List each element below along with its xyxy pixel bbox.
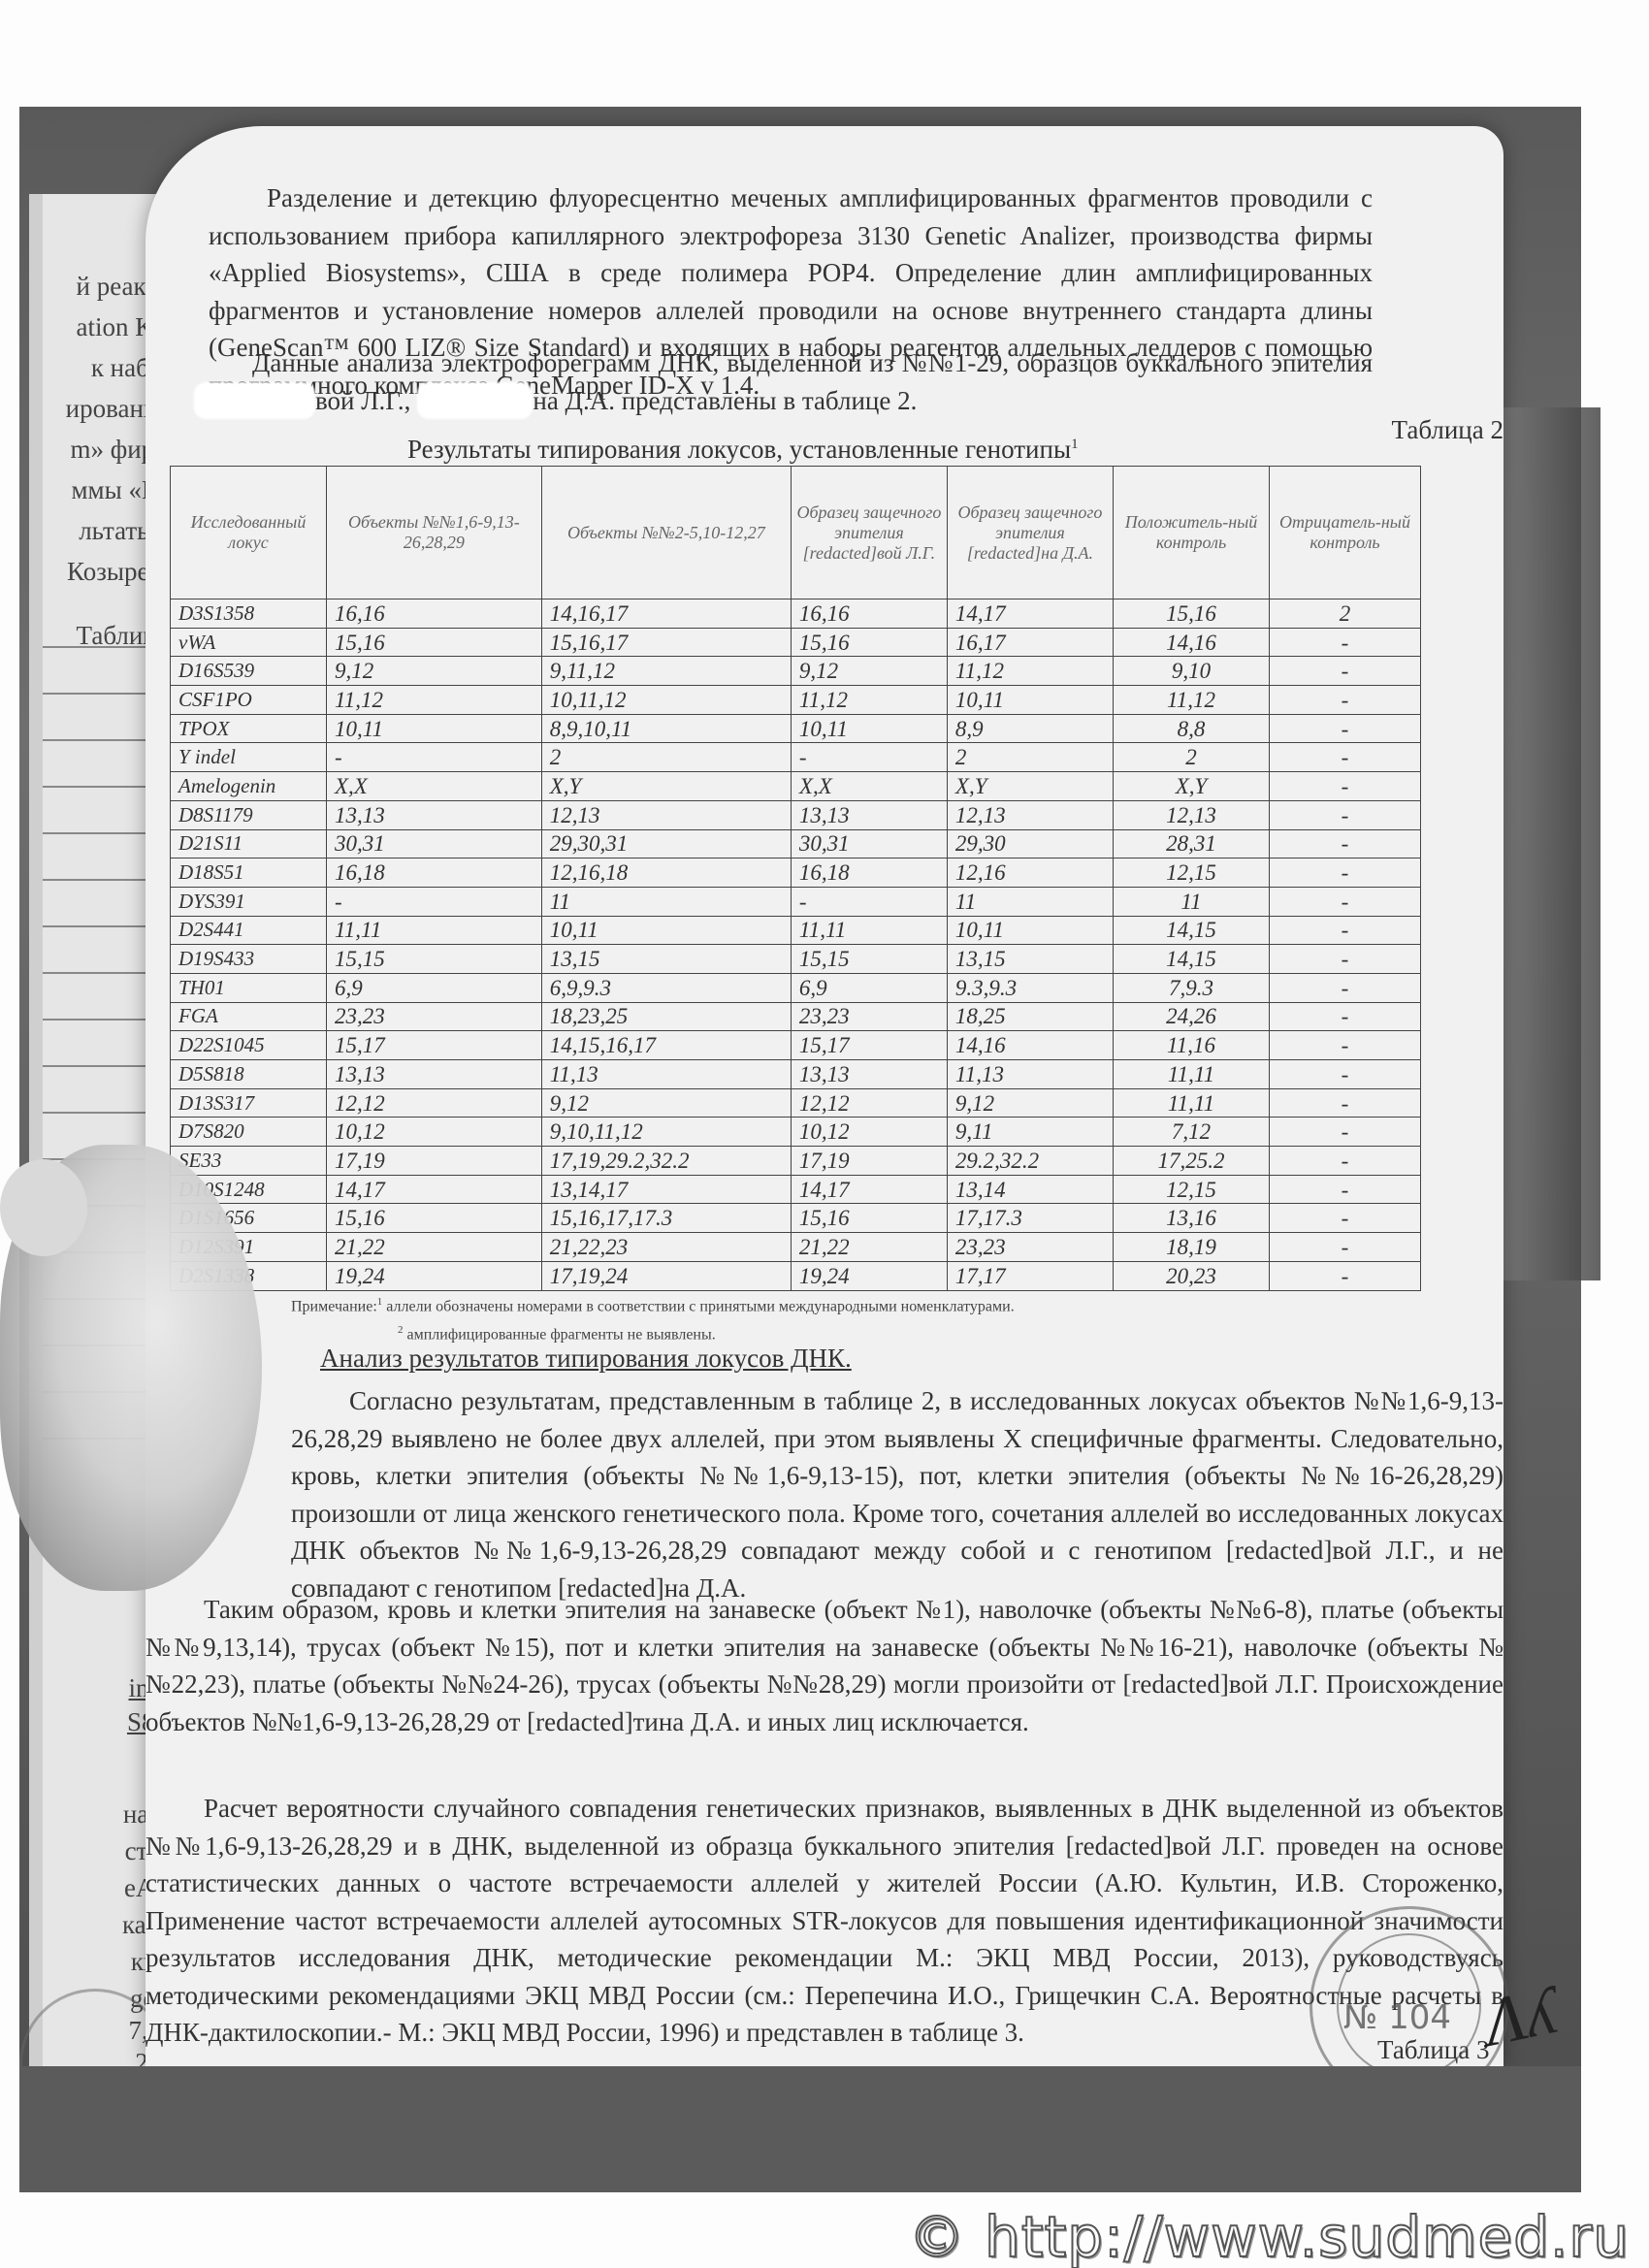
genotype-cell: - <box>1270 628 1421 657</box>
genotype-cell: - <box>1270 973 1421 1002</box>
genotype-cell: 11,13 <box>947 1060 1113 1089</box>
genotype-cell: 15,16 <box>1114 599 1270 629</box>
genotype-cell: 10,11 <box>791 714 947 743</box>
locus-cell: FGA <box>171 1002 327 1031</box>
table-row: SE3317,1917,19,29.2,32.217,1929.2,32.217… <box>171 1147 1421 1176</box>
genotype-cell: - <box>1270 916 1421 945</box>
locus-cell: D8S1179 <box>171 800 327 829</box>
table-row: Y indel-2-22- <box>171 743 1421 772</box>
genotype-cell: 11,11 <box>1114 1088 1270 1118</box>
genotype-cell: - <box>1270 1147 1421 1176</box>
genotype-cell: 20,23 <box>1114 1261 1270 1290</box>
genotype-cell: 17,19,24 <box>541 1261 791 1290</box>
genotype-cell: 12,16,18 <box>541 859 791 888</box>
genotype-cell: - <box>326 887 541 916</box>
analysis-paragraph-2: Таким образом, кровь и клетки эпителия н… <box>145 1591 1503 1740</box>
table-label: Таблица 2 <box>1392 415 1503 445</box>
genotype-cell: 16,16 <box>791 599 947 629</box>
genotype-table: Исследованный локус Объекты №№1,6-9,13-2… <box>170 466 1421 1291</box>
genotype-cell: 9,12 <box>947 1088 1113 1118</box>
genotype-cell: 12,15 <box>1114 859 1270 888</box>
genotype-cell: 13,15 <box>947 945 1113 974</box>
genotype-cell: 15,15 <box>791 945 947 974</box>
table-notes: Примечание:1 аллели обозначены номерами … <box>291 1290 1015 1347</box>
locus-cell: TPOX <box>171 714 327 743</box>
genotype-cell: 13,14,17 <box>541 1175 791 1204</box>
table-row: D19S43315,1513,1515,1513,1514,15- <box>171 945 1421 974</box>
genotype-cell: X,X <box>326 772 541 801</box>
genotype-cell: 18,25 <box>947 1002 1113 1031</box>
genotype-cell: 15,16 <box>791 628 947 657</box>
genotype-cell: 12,12 <box>326 1088 541 1118</box>
genotype-cell: 11 <box>541 887 791 916</box>
genotype-cell: 8,9,10,11 <box>541 714 791 743</box>
locus-cell: D19S433 <box>171 945 327 974</box>
genotype-cell: - <box>1270 1261 1421 1290</box>
genotype-cell: 9.3,9.3 <box>947 973 1113 1002</box>
genotype-cell: 30,31 <box>326 829 541 859</box>
genotype-cell: 9,10 <box>1114 657 1270 686</box>
genotype-cell: 15,17 <box>791 1031 947 1060</box>
genotype-cell: 19,24 <box>326 1261 541 1290</box>
intro-paragraph-2: Данные анализа электрофореграмм ДНК, выд… <box>194 344 1373 419</box>
genotype-cell: X,Y <box>541 772 791 801</box>
genotype-cell: 19,24 <box>791 1261 947 1290</box>
genotype-cell: 21,22,23 <box>541 1233 791 1262</box>
genotype-cell: - <box>326 743 541 772</box>
column-header-negative-control: Отрицатель-ный контроль <box>1270 467 1421 599</box>
locus-cell: Y indel <box>171 743 327 772</box>
genotype-cell: 30,31 <box>791 829 947 859</box>
genotype-cell: 13,13 <box>326 1060 541 1089</box>
analysis-paragraph-1: Согласно результатам, представленным в т… <box>291 1382 1503 1606</box>
table-row: TH016,96,9,9.36,99.3,9.37,9.3- <box>171 973 1421 1002</box>
genotype-cell: 23,23 <box>326 1002 541 1031</box>
genotype-cell: 23,23 <box>947 1233 1113 1262</box>
genotype-cell: 17,17 <box>947 1261 1113 1290</box>
genotype-cell: 16,18 <box>326 859 541 888</box>
table-row: AmelogeninX,XX,YX,XX,YX,Y- <box>171 772 1421 801</box>
table-row: D16S5399,129,11,129,1211,129,10- <box>171 657 1421 686</box>
genotype-cell: 11,12 <box>1114 686 1270 715</box>
table-row: DYS391-11-1111- <box>171 887 1421 916</box>
genotype-cell: - <box>1270 800 1421 829</box>
locus-cell: D5S818 <box>171 1060 327 1089</box>
redacted-name: Кузнетина <box>417 382 533 420</box>
genotype-cell: 9,11 <box>947 1118 1113 1147</box>
locus-cell: SE33 <box>171 1147 327 1176</box>
table-header-row: Исследованный локус Объекты №№1,6-9,13-2… <box>171 467 1421 599</box>
genotype-cell: X,Y <box>1114 772 1270 801</box>
genotype-cell: 16,17 <box>947 628 1113 657</box>
genotype-cell: 11,11 <box>1114 1060 1270 1089</box>
genotype-cell: 9,12 <box>541 1088 791 1118</box>
genotype-cell: 10,12 <box>791 1118 947 1147</box>
locus-cell: D7S820 <box>171 1118 327 1147</box>
locus-cell: DYS391 <box>171 887 327 916</box>
genotype-cell: - <box>1270 1118 1421 1147</box>
genotype-cell: - <box>1270 686 1421 715</box>
genotype-cell: 8,9 <box>947 714 1113 743</box>
genotype-cell: 14,16 <box>947 1031 1113 1060</box>
genotype-cell: 17,19,29.2,32.2 <box>541 1147 791 1176</box>
genotype-cell: 24,26 <box>1114 1002 1270 1031</box>
locus-cell: Amelogenin <box>171 772 327 801</box>
genotype-cell: 11,13 <box>541 1060 791 1089</box>
genotype-cell: 6,9,9.3 <box>541 973 791 1002</box>
genotype-cell: - <box>1270 859 1421 888</box>
locus-cell: CSF1PO <box>171 686 327 715</box>
genotype-cell: 11,12 <box>947 657 1113 686</box>
column-header-positive-control: Положитель-ный контроль <box>1114 467 1270 599</box>
genotype-cell: 18,23,25 <box>541 1002 791 1031</box>
genotype-cell: 6,9 <box>326 973 541 1002</box>
genotype-cell: - <box>791 743 947 772</box>
genotype-cell: 14,15 <box>1114 916 1270 945</box>
genotype-cell: 7,12 <box>1114 1118 1270 1147</box>
genotype-cell: 29,30 <box>947 829 1113 859</box>
genotype-cell: 17,17.3 <box>947 1204 1113 1233</box>
redacted-name: Козыревой <box>194 382 315 420</box>
genotype-cell: 17,19 <box>326 1147 541 1176</box>
genotype-cell: - <box>1270 714 1421 743</box>
genotype-cell: 17,19 <box>791 1147 947 1176</box>
genotype-cell: 12,16 <box>947 859 1113 888</box>
genotype-cell: - <box>1270 1175 1421 1204</box>
genotype-cell: - <box>1270 1088 1421 1118</box>
genotype-cell: 21,22 <box>791 1233 947 1262</box>
column-header-objects-a: Объекты №№1,6-9,13-26,28,29 <box>326 467 541 599</box>
column-header-sample-lg: Образец защечного эпителия [redacted]вой… <box>791 467 947 599</box>
genotype-cell: 15,16,17,17.3 <box>541 1204 791 1233</box>
genotype-cell: 10,11 <box>947 916 1113 945</box>
genotype-cell: 28,31 <box>1114 829 1270 859</box>
genotype-cell: - <box>1270 1204 1421 1233</box>
table-row: D22S104515,1714,15,16,1715,1714,1611,16- <box>171 1031 1421 1060</box>
genotype-cell: 15,16 <box>791 1204 947 1233</box>
genotype-cell: 21,22 <box>326 1233 541 1262</box>
genotype-cell: 15,15 <box>326 945 541 974</box>
genotype-cell: 14,15,16,17 <box>541 1031 791 1060</box>
genotype-cell: 2 <box>1114 743 1270 772</box>
table-row: D18S5116,1812,16,1816,1812,1612,15- <box>171 859 1421 888</box>
locus-cell: D3S1358 <box>171 599 327 629</box>
genotype-cell: 14,17 <box>947 599 1113 629</box>
genotype-cell: 9,11,12 <box>541 657 791 686</box>
genotype-cell: 13,15 <box>541 945 791 974</box>
table-row: D21S1130,3129,30,3130,3129,3028,31- <box>171 829 1421 859</box>
table-row: FGA23,2318,23,2523,2318,2524,26- <box>171 1002 1421 1031</box>
genotype-cell: 15,16 <box>326 628 541 657</box>
table-row: D5S81813,1311,1313,1311,1311,11- <box>171 1060 1421 1089</box>
genotype-cell: 2 <box>947 743 1113 772</box>
genotype-cell: 13,13 <box>326 800 541 829</box>
genotype-cell: 29,30,31 <box>541 829 791 859</box>
genotype-cell: 11 <box>1114 887 1270 916</box>
genotype-cell: 15,16 <box>326 1204 541 1233</box>
genotype-cell: 13,16 <box>1114 1204 1270 1233</box>
table-row: D1S165615,1615,16,17,17.315,1617,17.313,… <box>171 1204 1421 1233</box>
stamp-number: № 104 <box>1343 1998 1451 2037</box>
genotype-cell: 12,13 <box>541 800 791 829</box>
genotype-cell: 14,16 <box>1114 628 1270 657</box>
genotype-cell: 8,8 <box>1114 714 1270 743</box>
genotype-cell: 13,13 <box>791 1060 947 1089</box>
genotype-cell: - <box>1270 772 1421 801</box>
genotype-cell: 11 <box>947 887 1113 916</box>
locus-cell: D18S51 <box>171 859 327 888</box>
genotype-cell: 16,18 <box>791 859 947 888</box>
genotype-cell: 10,11 <box>541 916 791 945</box>
table-row: D10S124814,1713,14,1714,1713,1412,15- <box>171 1175 1421 1204</box>
genotype-cell: 12,13 <box>947 800 1113 829</box>
genotype-cell: 12,12 <box>791 1088 947 1118</box>
watermark: © http://www.sudmed.ru <box>909 2204 1630 2268</box>
genotype-cell: 14,16,17 <box>541 599 791 629</box>
table-row: D7S82010,129,10,11,1210,129,117,12- <box>171 1118 1421 1147</box>
genotype-cell: - <box>791 887 947 916</box>
genotype-cell: 12,15 <box>1114 1175 1270 1204</box>
genotype-cell: - <box>1270 945 1421 974</box>
genotype-cell: 6,9 <box>791 973 947 1002</box>
genotype-cell: 7,9.3 <box>1114 973 1270 1002</box>
genotype-cell: 2 <box>541 743 791 772</box>
table-row: D13S31712,129,1212,129,1211,11- <box>171 1088 1421 1118</box>
genotype-cell: 10,12 <box>326 1118 541 1147</box>
locus-cell: TH01 <box>171 973 327 1002</box>
locus-cell: D21S11 <box>171 829 327 859</box>
genotype-cell: 15,16,17 <box>541 628 791 657</box>
genotype-cell: 14,17 <box>791 1175 947 1204</box>
genotype-cell: - <box>1270 887 1421 916</box>
genotype-cell: 13,13 <box>791 800 947 829</box>
table-row: D2S44111,1110,1111,1110,1114,15- <box>171 916 1421 945</box>
table-row: D2S133819,2417,19,2419,2417,1720,23- <box>171 1261 1421 1290</box>
genotype-cell: 11,16 <box>1114 1031 1270 1060</box>
genotype-cell: - <box>1270 1233 1421 1262</box>
genotype-cell: 14,17 <box>326 1175 541 1204</box>
table-row: D3S135816,1614,16,1716,1614,1715,162 <box>171 599 1421 629</box>
genotype-cell: 11,12 <box>791 686 947 715</box>
locus-cell: vWA <box>171 628 327 657</box>
genotype-cell: 29.2,32.2 <box>947 1147 1113 1176</box>
genotype-cell: 11,12 <box>326 686 541 715</box>
genotype-cell: 2 <box>1270 599 1421 629</box>
column-header-sample-da: Образец защечного эпителия [redacted]на … <box>947 467 1113 599</box>
locus-cell: D2S441 <box>171 916 327 945</box>
genotype-cell: - <box>1270 1031 1421 1060</box>
photo-bottom-background <box>19 2066 1581 2192</box>
table-row: vWA15,1615,16,1715,1616,1714,16- <box>171 628 1421 657</box>
genotype-cell: 11,11 <box>791 916 947 945</box>
table-row: D8S117913,1312,1313,1312,1312,13- <box>171 800 1421 829</box>
column-header-objects-b: Объекты №№2-5,10-12,27 <box>541 467 791 599</box>
genotype-cell: 13,14 <box>947 1175 1113 1204</box>
genotype-cell: 10,11 <box>947 686 1113 715</box>
genotype-cell: - <box>1270 829 1421 859</box>
locus-cell: D22S1045 <box>171 1031 327 1060</box>
table-row: D12S39121,2221,22,2321,2223,2318,19- <box>171 1233 1421 1262</box>
genotype-cell: - <box>1270 743 1421 772</box>
locus-cell: D13S317 <box>171 1088 327 1118</box>
genotype-cell: 14,15 <box>1114 945 1270 974</box>
genotype-cell: 9,12 <box>791 657 947 686</box>
genotype-cell: - <box>1270 1060 1421 1089</box>
genotype-cell: 11,11 <box>326 916 541 945</box>
genotype-cell: 12,13 <box>1114 800 1270 829</box>
genotype-cell: 23,23 <box>791 1002 947 1031</box>
analysis-heading: Анализ результатов типирования локусов Д… <box>320 1344 852 1374</box>
table-row: CSF1PO11,1210,11,1211,1210,1111,12- <box>171 686 1421 715</box>
genotype-cell: 17,25.2 <box>1114 1147 1270 1176</box>
genotype-cell: 10,11 <box>326 714 541 743</box>
genotype-cell: - <box>1270 657 1421 686</box>
genotype-cell: 9,12 <box>326 657 541 686</box>
column-header-locus: Исследованный локус <box>171 467 327 599</box>
finger-obstruction <box>0 1159 87 1256</box>
analysis-paragraph-3: Расчет вероятности случайного совпадения… <box>145 1790 1503 2052</box>
genotype-cell: 15,17 <box>326 1031 541 1060</box>
table-title: Результаты типирования локусов, установл… <box>407 435 1079 465</box>
genotype-cell: 9,10,11,12 <box>541 1118 791 1147</box>
genotype-cell: - <box>1270 1002 1421 1031</box>
locus-cell: D16S539 <box>171 657 327 686</box>
genotype-cell: 10,11,12 <box>541 686 791 715</box>
genotype-cell: 18,19 <box>1114 1233 1270 1262</box>
genotype-cell: 16,16 <box>326 599 541 629</box>
genotype-cell: X,X <box>791 772 947 801</box>
table-row: TPOX10,118,9,10,1110,118,98,8- <box>171 714 1421 743</box>
genotype-cell: X,Y <box>947 772 1113 801</box>
